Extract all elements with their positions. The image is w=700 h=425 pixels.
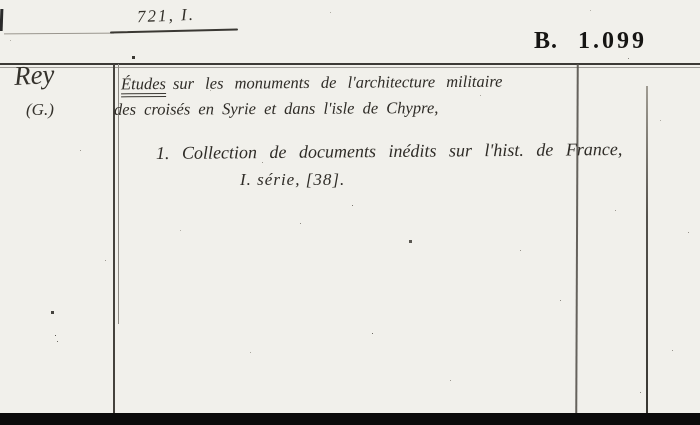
shelf-mark-stamp: B.1.099	[534, 28, 647, 55]
shelf-mark-prefix: B.	[534, 28, 558, 54]
title-underlined-word: Études	[121, 74, 166, 97]
right-margin-divider	[646, 86, 648, 414]
title-line-1: Étudessur les monuments de l'architectur…	[121, 72, 503, 95]
header-horizontal-rule-echo	[0, 67, 700, 68]
series-note-line-1: 1. Collection de documents inédits sur l…	[156, 139, 622, 164]
series-note-line-2: I. série, [38].	[240, 170, 345, 190]
author-name: Rey	[13, 59, 55, 92]
header-horizontal-rule	[0, 63, 700, 65]
title-line1-rest: sur les monuments de l'architecture mili…	[173, 72, 503, 93]
scan-edge-band	[0, 413, 700, 425]
shelf-mark-number: 1.099	[578, 28, 647, 54]
catalog-card: 721, I. B.1.099 Rey (G.) Étudessur les m…	[0, 0, 700, 425]
author-initials: (G.)	[26, 100, 54, 120]
title-line-2: des croisés en Syrie et dans l'isle de C…	[114, 98, 438, 120]
call-number: 721, I.	[137, 5, 196, 28]
scan-artifact-corner	[0, 9, 3, 31]
scan-noise	[0, 0, 1, 1]
call-number-underline-faint	[4, 33, 114, 35]
call-number-underline	[110, 28, 238, 33]
right-column-divider	[575, 64, 579, 414]
